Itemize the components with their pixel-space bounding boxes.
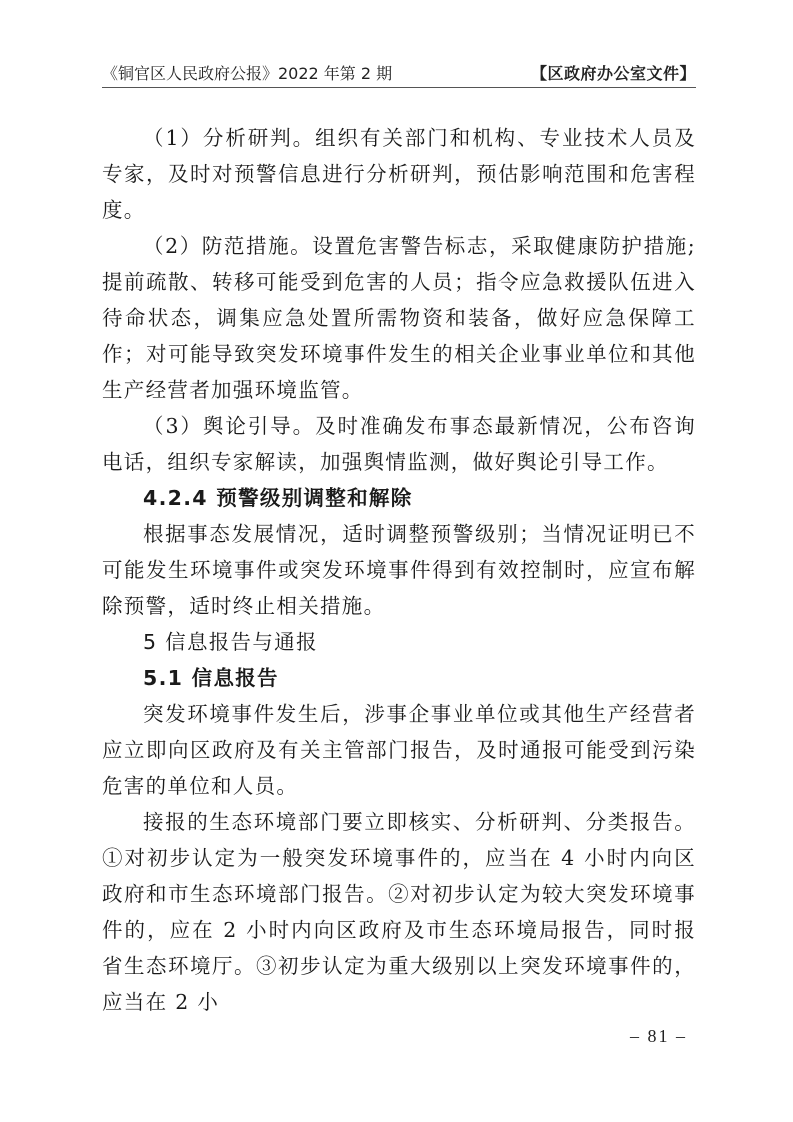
page-number: – 81 – [630,1026,687,1047]
page-header: 《铜官区人民政府公报》2022 年第 2 期 【区政府办公室文件】 [102,60,696,88]
paragraph-public-opinion: （3）舆论引导。及时准确发布事态最新情况，公布咨询电话，组织专家解读，加强舆情监… [102,408,696,480]
document-category: 【区政府办公室文件】 [531,64,696,84]
paragraph-report-levels: 接报的生态环境部门要立即核实、分析研判、分类报告。①对初步认定为一般突发环境事件… [102,804,696,1020]
section-heading-5: 5 信息报告与通报 [102,624,696,660]
section-heading-4-2-4: 4.2.4 预警级别调整和解除 [102,480,696,516]
paragraph-warning-adjustment: 根据事态发展情况，适时调整预警级别；当情况证明已不可能发生环境事件或突发环境事件… [102,516,696,624]
document-body: （1）分析研判。组织有关部门和机构、专业技术人员及专家，及时对预警信息进行分析研… [102,120,696,1020]
publication-title: 《铜官区人民政府公报》2022 年第 2 期 [102,64,392,84]
paragraph-analysis: （1）分析研判。组织有关部门和机构、专业技术人员及专家，及时对预警信息进行分析研… [102,120,696,228]
section-heading-5-1: 5.1 信息报告 [102,660,696,696]
paragraph-prevention: （2）防范措施。设置危害警告标志，采取健康防护措施;提前疏散、转移可能受到危害的… [102,228,696,408]
paragraph-incident-report: 突发环境事件发生后，涉事企事业单位或其他生产经营者应立即向区政府及有关主管部门报… [102,696,696,804]
